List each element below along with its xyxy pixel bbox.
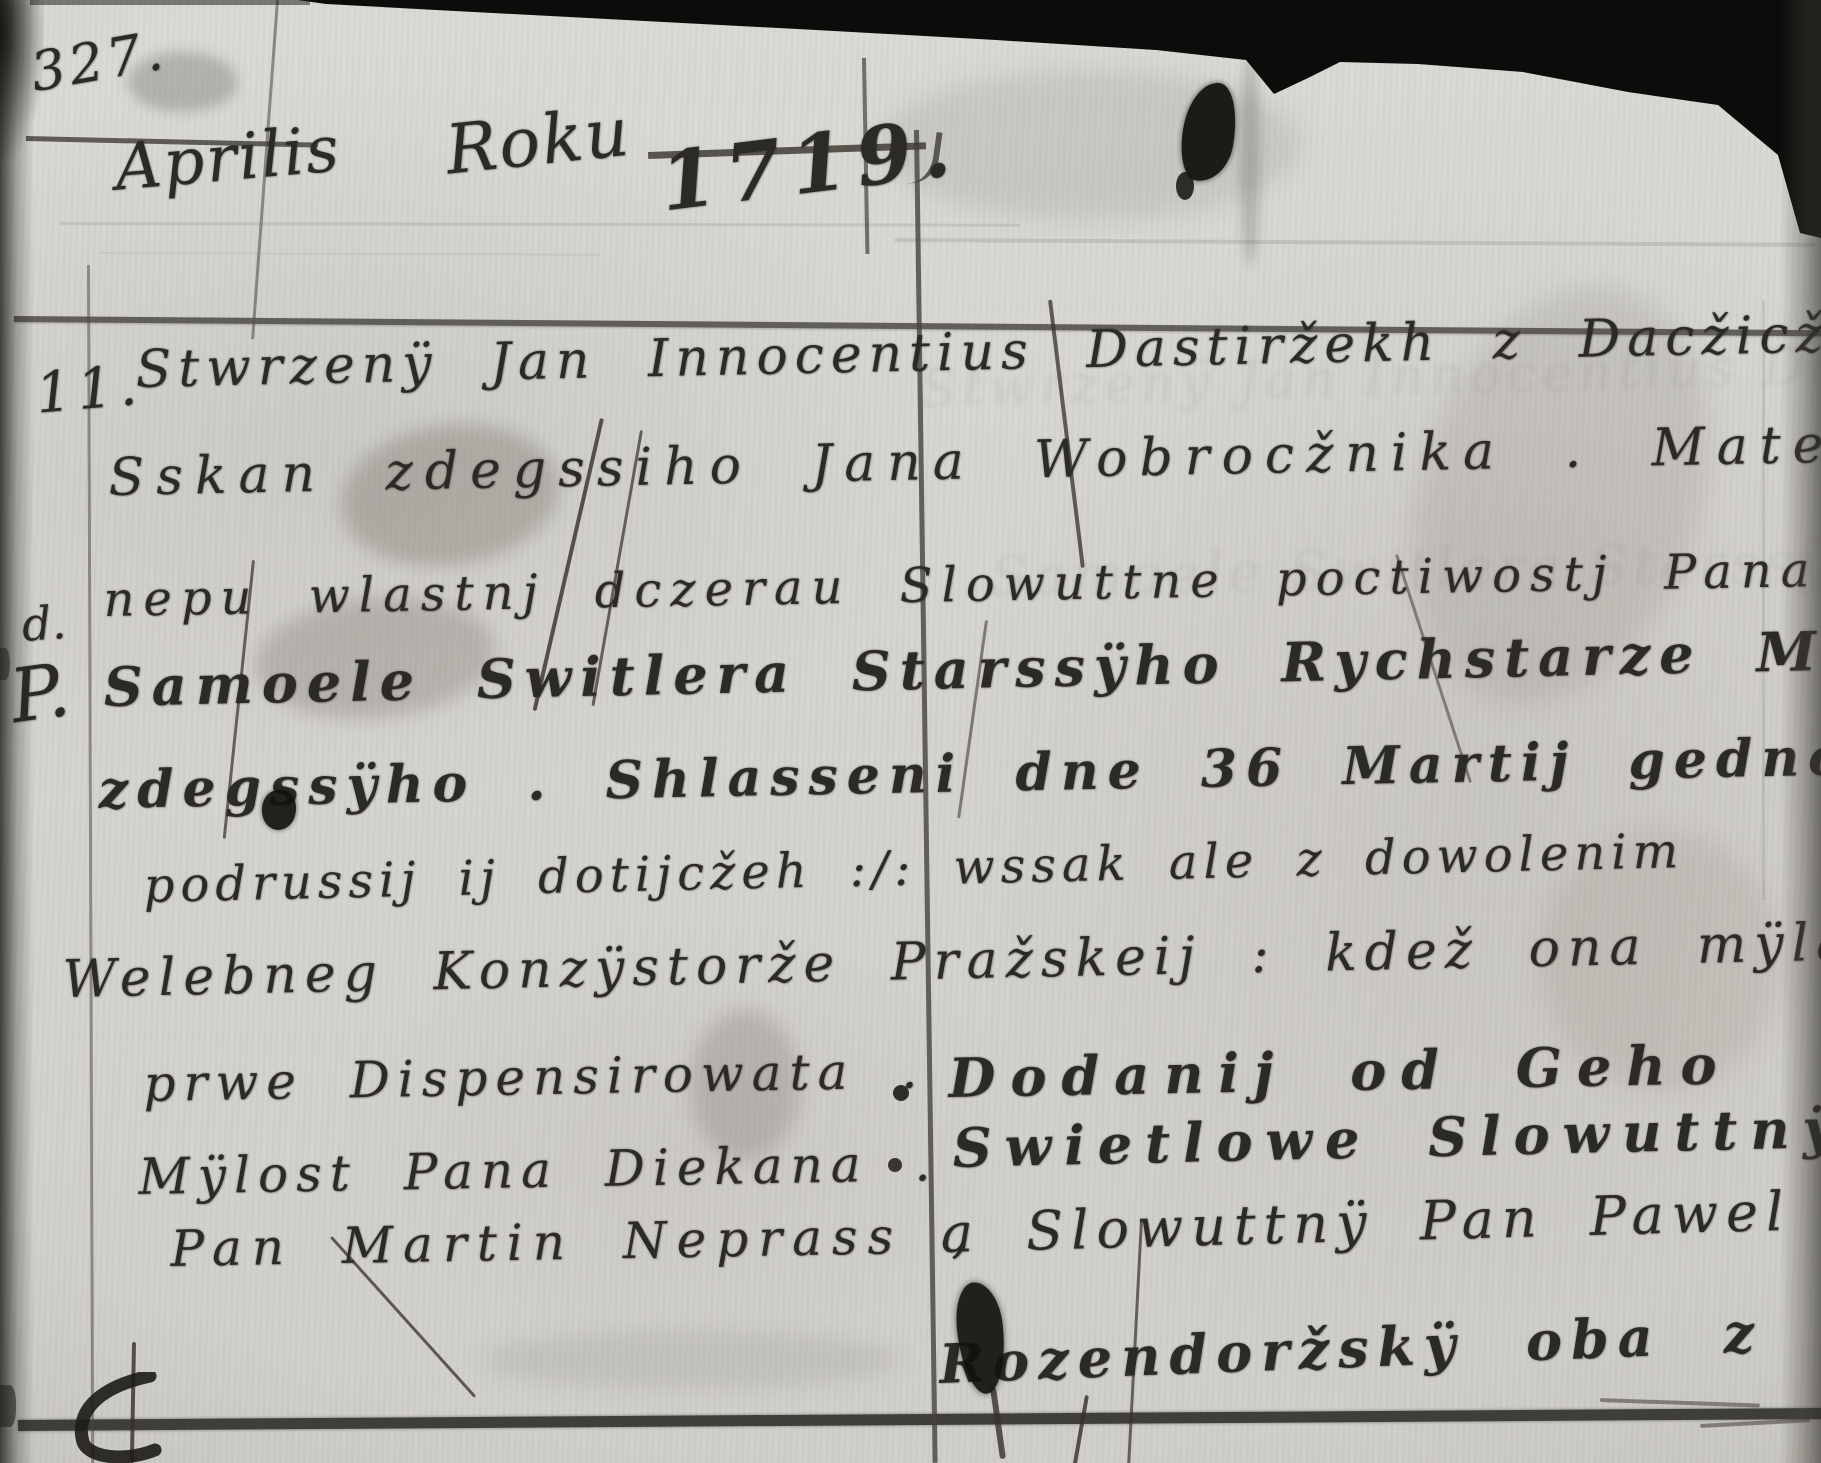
pen-stroke	[1072, 1395, 1089, 1463]
entry-number: 11.	[33, 353, 145, 427]
margin-rule-line	[87, 265, 94, 1463]
ghost-rule-line	[895, 238, 1815, 247]
ghost-rule-line	[60, 222, 1020, 227]
book-edge-corner	[0, 0, 44, 160]
pen-stroke	[1600, 1398, 1760, 1408]
manuscript-line-10-left: Pan Martin Neprass ,	[170, 1206, 977, 1278]
book-gutter-shadow	[0, 0, 34, 1463]
photo-top-edge	[30, 0, 310, 5]
photo-right-edge-shade	[1780, 0, 1821, 1463]
book-edge-mark	[0, 1385, 16, 1427]
manuscript-line-11-right: Rozendoržskÿ oba z miesta	[938, 1288, 1821, 1396]
manuscript-line-9-right: Swietlowe Slowuttnÿ	[952, 1096, 1821, 1180]
ghost-rule-line	[100, 252, 600, 256]
ink-dot	[893, 1085, 909, 1101]
ink-blot	[1176, 172, 1194, 200]
manuscript-line-9-left: Mÿlost Pana Diekana .	[138, 1134, 939, 1206]
manuscript-line-8-left: prwe Dispensirowata .	[143, 1041, 926, 1113]
ink-blot	[262, 790, 296, 830]
header-month: Aprilis	[112, 112, 344, 205]
manuscript-line-8-right: Dodanij od Geho	[948, 1032, 1732, 1110]
bottom-rule-line	[18, 1408, 1821, 1431]
book-edge-mark	[0, 648, 10, 680]
manuscript-line-10-right: a Slowuttnÿ Pan Pawel	[940, 1180, 1792, 1265]
manuscript-line-6: podrussij ij dotijcžeh :/: wssak ale z d…	[143, 823, 1685, 914]
stain	[1240, 55, 1260, 265]
opening-flourish-stroke	[55, 1372, 195, 1463]
header-roku: Roku	[442, 93, 634, 191]
ink-dot	[888, 1158, 902, 1172]
stain	[480, 1330, 900, 1390]
manuscript-page: Stwrzenÿ Jan Innocentius Dastiržekh z Da…	[0, 0, 1821, 1463]
